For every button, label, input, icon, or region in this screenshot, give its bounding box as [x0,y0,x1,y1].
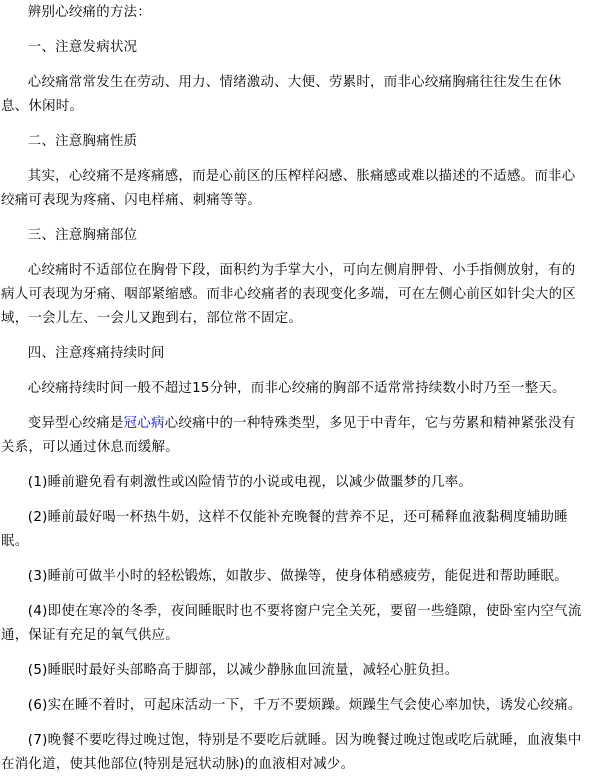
section-body: 心绞痛时不适部位在胸骨下段，面积约为手掌大小，可向左侧肩胛骨、小手指侧放射，有的… [1,259,587,331]
section-heading: 三、注意胸痛部位 [1,224,587,248]
article-title: 辨别心绞痛的方法： [1,1,587,25]
article-body: 辨别心绞痛的方法： 一、注意发病状况 心绞痛常常发生在劳动、用力、情绪激动、大便… [0,1,587,777]
tip-item: (3)睡前可做半小时的轻松锻炼，如散步、做操等，使身体稍感疲劳，能促进和帮助睡眠… [1,565,587,589]
variant-text-before: 变异型心绞痛是 [28,416,124,431]
section-heading: 一、注意发病状况 [1,36,587,60]
section-heading: 四、注意疼痛持续时间 [1,342,587,366]
coronary-heart-disease-link[interactable]: 冠心病 [124,416,165,431]
tip-item: (1)睡前避免看有刺激性或凶险情节的小说或电视，以减少做噩梦的几率。 [1,471,587,495]
variant-paragraph: 变异型心绞痛是冠心病心绞痛中的一种特殊类型，多见于中青年，它与劳累和精神紧张没有… [1,412,587,460]
section-body: 其实，心绞痛不是疼痛感，而是心前区的压榨样闷感、胀痛感或难以描述的不适感。而非心… [1,165,587,213]
tip-item: (2)睡前最好喝一杯热牛奶，这样不仅能补充晚餐的营养不足，还可稀释血液黏稠度辅助… [1,506,587,554]
section-body: 心绞痛持续时间一般不超过15分钟，而非心绞痛的胸部不适常常持续数小时乃至一整天。 [1,377,587,401]
tip-item: (6)实在睡不着时，可起床活动一下，千万不要烦躁。烦躁生气会使心率加快，诱发心绞… [1,694,587,718]
section-body: 心绞痛常常发生在劳动、用力、情绪激动、大便、劳累时，而非心绞痛胸痛往往发生在休息… [1,71,587,119]
section-heading: 二、注意胸痛性质 [1,130,587,154]
tip-item: (7)晚餐不要吃得过晚过饱，特别是不要吃后就睡。因为晚餐过晚过饱或吃后就睡，血液… [1,729,587,777]
tip-item: (4)即使在寒冷的冬季，夜间睡眠时也不要将窗户完全关死，要留一些缝隙，使卧室内空… [1,600,587,648]
tip-item: (5)睡眠时最好头部略高于脚部，以减少静脉血回流量，减轻心脏负担。 [1,659,587,683]
